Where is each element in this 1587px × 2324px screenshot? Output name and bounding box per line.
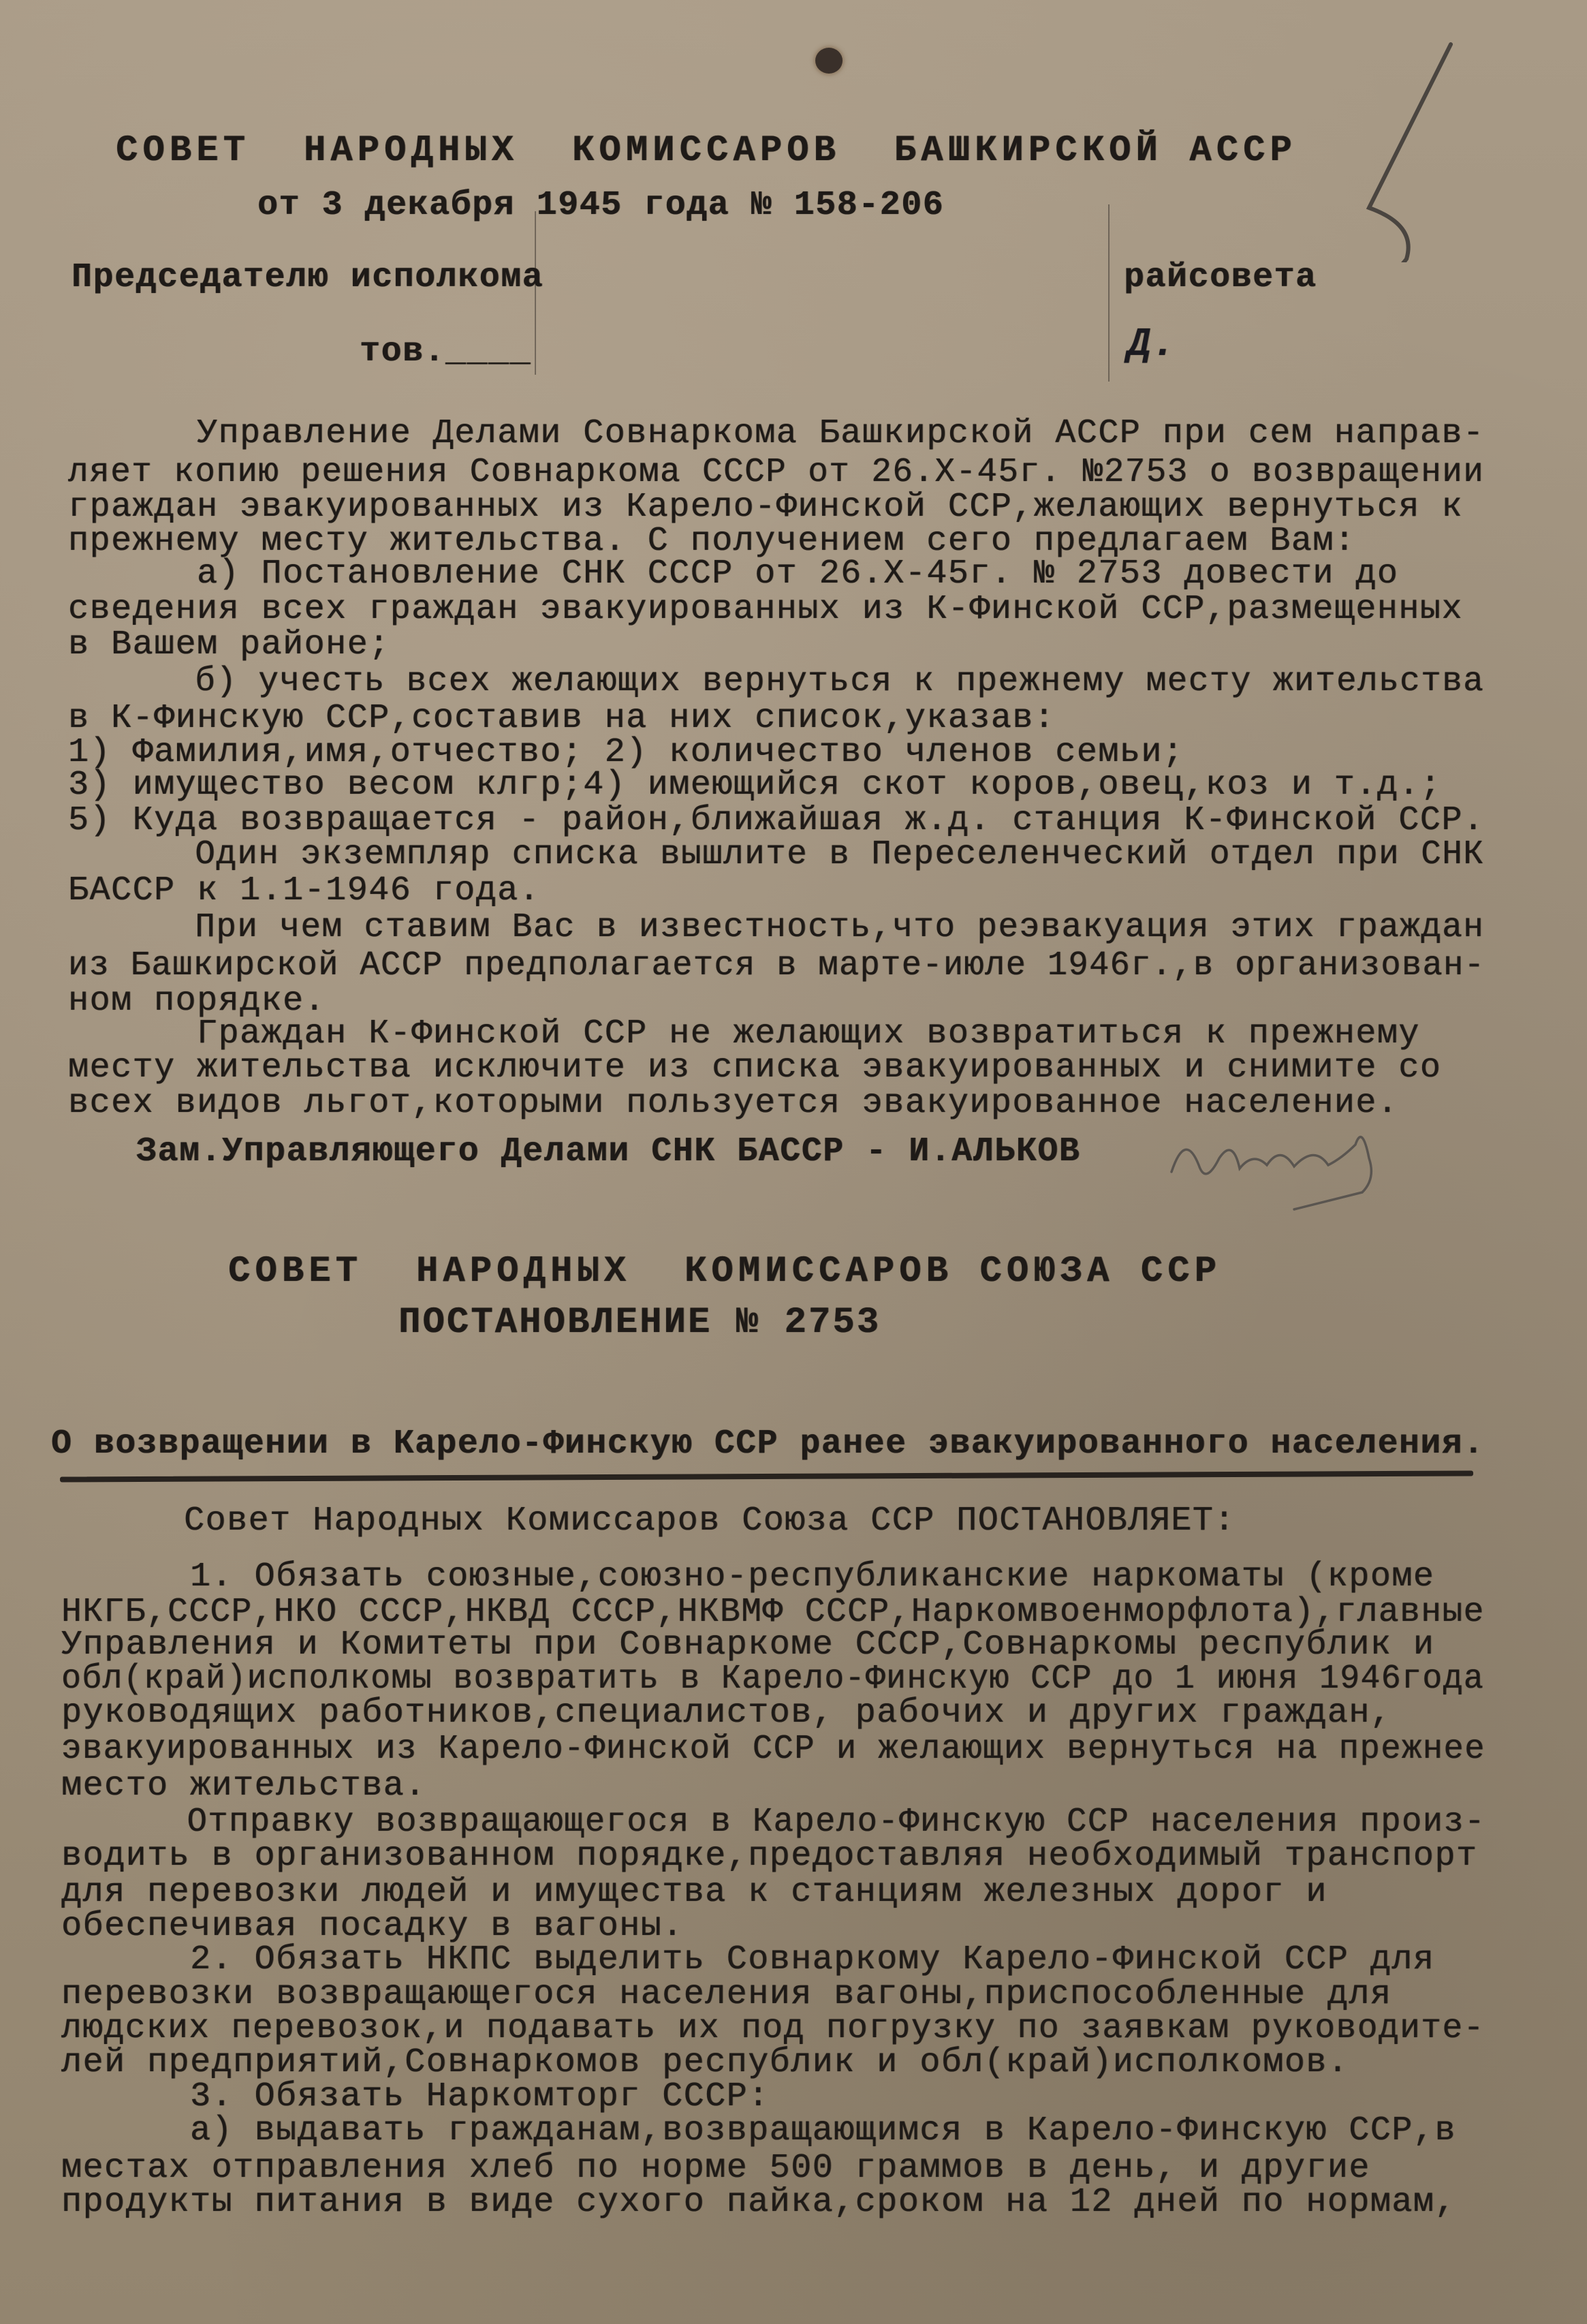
resolution-header-title: СОВЕТ НАРОДНЫХ КОМИССАРОВ СОЮЗА ССР (228, 1254, 1221, 1290)
body-line: в Вашем районе; (68, 628, 390, 662)
body-line: БАССР к 1.1-1946 года. (68, 874, 540, 908)
body-line: 2. Обязать НКПС выделить Совнаркому Каре… (61, 1943, 1434, 1977)
body-line: водить в организованном порядке,предоста… (61, 1840, 1477, 1874)
body-line: ляет копию решения Совнаркома СССР от 26… (68, 456, 1484, 490)
body-line: для перевозки людей и имущества к станци… (61, 1876, 1327, 1910)
signature-line: Зам.Управляющего Делами СНК БАССР - И.АЛ… (136, 1135, 1080, 1169)
body-line: эвакуированных из Карело-Финской ССР и ж… (61, 1733, 1486, 1767)
cover-header-title: СОВЕТ НАРОДНЫХ КОМИССАРОВ БАШКИРСКОЙ АСС… (116, 133, 1297, 170)
body-line: а) Постановление СНК СССР от 26.X-45г. №… (68, 557, 1398, 591)
body-line: людских перевозок,и подавать их под погр… (61, 2012, 1485, 2046)
body-line: всех видов льгот,которыми пользуется эва… (68, 1087, 1398, 1121)
body-line: Граждан К-Финской ССР не желающих возвра… (68, 1017, 1420, 1051)
addressee-left: Председателю исполкома (72, 261, 544, 295)
body-line: а) выдавать гражданам,возвращающимся в К… (61, 2114, 1456, 2148)
body-line: Управления и Комитеты при Совнаркоме ССС… (61, 1628, 1434, 1662)
body-line: обл(край)исполкомы возвратить в Карело-Ф… (61, 1662, 1484, 1696)
body-line: перевозки возвращающегося населения ваго… (61, 1978, 1392, 2012)
body-line: 1) Фамилия,имя,отчество; 2) количество ч… (68, 736, 1184, 770)
body-line: 5) Куда возвращается - район,ближайшая ж… (68, 804, 1484, 838)
document-page: СОВЕТ НАРОДНЫХ КОМИССАРОВ БАШКИРСКОЙ АСС… (0, 0, 1587, 2324)
binder-hole (815, 48, 843, 74)
pencil-number-mark-icon (1315, 37, 1471, 262)
body-line: Отправку возвращающегося в Карело-Финску… (61, 1806, 1486, 1840)
body-line: лей предприятий,Совнаркомов республик и … (61, 2046, 1349, 2080)
title-underline (60, 1470, 1473, 1482)
body-line: Один экземпляр списка вышлите в Переселе… (68, 838, 1484, 872)
cover-header-date: от 3 декабря 1945 года № 158-206 (257, 189, 944, 223)
body-line: в К-Финскую ССР,составив на них список,у… (68, 702, 1055, 736)
resolution-title: О возвращении в Карело-Финскую ССР ранее… (51, 1427, 1484, 1461)
resolution-number: ПОСТАНОВЛЕНИЕ № 2753 (398, 1305, 881, 1342)
body-line: 1. Обязать союзные,союзно-республикански… (61, 1560, 1434, 1594)
body-line: продукты питания в виде сухого пайка,сро… (61, 2186, 1456, 2220)
body-line: прежнему месту жительства. С получением … (68, 525, 1355, 559)
addressee-comrade: тов.____ (360, 335, 531, 369)
body-line: место жительства. (61, 1769, 426, 1803)
body-line: 3) имущество весом клгр;4) имеющийся ско… (68, 769, 1441, 803)
body-line: 3. Обязать Наркомторг СССР: (61, 2080, 770, 2114)
body-line: обеспечивая посадку в вагоны. (61, 1910, 684, 1944)
body-line: граждан эвакуированных из Карело-Финской… (68, 491, 1463, 525)
body-line: При чем ставим Вас в известность,что реэ… (68, 911, 1484, 945)
body-line: Управление Делами Совнаркома Башкирской … (68, 417, 1484, 451)
body-line: месту жительства исключите из списка эва… (68, 1051, 1441, 1085)
body-line: из Башкирской АССР предполагается в март… (68, 949, 1485, 983)
resolution-preamble: Совет Народных Комиссаров Союза ССР ПОСТ… (184, 1504, 1236, 1538)
paper-edge-right (1108, 204, 1110, 382)
body-line: ном порядке. (68, 985, 326, 1019)
handwritten-mark: Д. (1127, 326, 1177, 365)
addressee-right: райсовета (1124, 261, 1317, 295)
handwritten-signature-icon (1158, 1117, 1444, 1213)
body-line: сведения всех граждан эвакуированных из … (68, 593, 1463, 627)
body-line: местах отправления хлеб по норме 500 гра… (61, 2152, 1370, 2186)
body-line: б) учесть всех желающих вернуться к преж… (68, 665, 1484, 699)
body-line: руководящих работников,специалистов, раб… (61, 1696, 1392, 1731)
body-line: НКГБ,СССР,НКО СССР,НКВД СССР,НКВМФ СССР,… (61, 1596, 1485, 1630)
